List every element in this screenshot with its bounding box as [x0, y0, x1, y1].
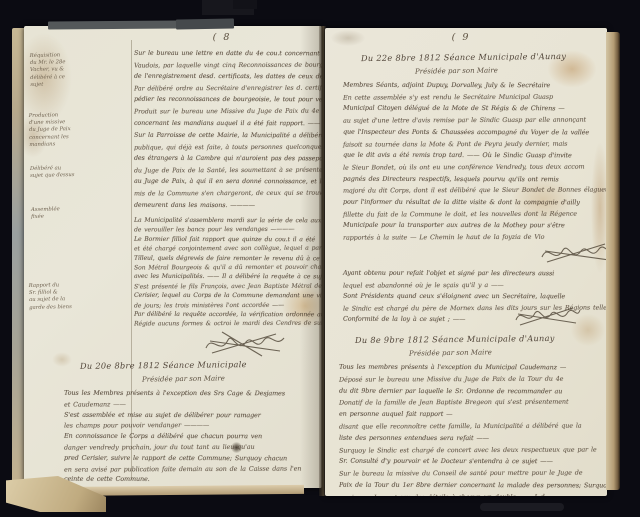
handwritten-line: ceinte de cette Commune. — [64, 474, 316, 485]
handwritten-line: Vaudois, par laquelle vingt cinq Reconno… — [134, 59, 322, 71]
manuscript-page-right: ( 9 Du 22e 8bre 1812 Séance Municipale d… — [325, 28, 607, 496]
page-number-left: ( 8 — [182, 32, 262, 43]
handwritten-line: de verouiller les bancs pour les vendang… — [134, 225, 322, 235]
handwritten-line: Paix de la Tour du 1er 8bre dernier conc… — [339, 480, 605, 492]
entry-date-heading: Du 20e 8bre 1812 Séance Municipale — [80, 359, 247, 371]
manuscript-paragraph: Sur le bureau une lettre en datte du 4e … — [134, 48, 322, 129]
handwritten-line: mis de la Commune s'en chargeront, de ce… — [134, 188, 322, 200]
handwritten-line: le Sieur Bondet, où ils ont eu une confé… — [343, 161, 607, 174]
handwritten-line: pédier les reconnoissances de bourgeoisi… — [134, 94, 322, 106]
handwritten-line: Sur le bureau une lettre en datte du 4e … — [134, 48, 322, 60]
margin-note: Délibéré ausujet que dessus — [30, 164, 122, 180]
handwritten-line: En connoissance le Corps a délibéré que … — [64, 431, 316, 442]
handwritten-line: que l'Inspecteur des Ponts & Chaussées a… — [343, 126, 607, 138]
paper-stain — [331, 30, 365, 46]
handwritten-line: disant que elle reconnoître cette famill… — [339, 420, 605, 433]
manuscript-paragraph: La Municipalité s'assemblera mardi sur l… — [134, 216, 322, 329]
handwritten-line: en personne auquel fait rapport — — [339, 409, 605, 421]
handwritten-line: sujet que dessus — [30, 171, 122, 180]
manuscript-paragraph: Membres Séants, adjoint Dupuy, Dorvalley… — [343, 80, 607, 244]
scan-backdrop-smudge — [480, 503, 564, 511]
handwritten-line: Sur la Parroisse de cette Mairie, la Mun… — [134, 130, 322, 142]
handwritten-line: des étrangers à la Cambre qui n'auroient… — [134, 153, 322, 165]
handwritten-line: pour l'informer du résultat de la ditte … — [343, 197, 607, 209]
handwritten-line: liste des personnes entendues sera refai… — [339, 432, 605, 444]
handwritten-line: de l'enregistrement desd. certificats, l… — [134, 71, 322, 83]
gutter-shadow — [300, 26, 320, 488]
handwritten-line: danger vendredy prochain, jour du tout t… — [64, 441, 316, 453]
entry-presided-line: Présidée par son Maire — [142, 374, 225, 383]
handwritten-line: Sur le bureau la missive du Conseil de s… — [339, 468, 605, 481]
margin-note: Assembléefixée — [31, 205, 123, 221]
handwritten-line: Ayant obtenu pour refait l'objet et sign… — [343, 268, 607, 280]
handwritten-line: pred Cerisier, suivre le rapport de cett… — [64, 452, 316, 463]
signature-flourish — [513, 304, 583, 334]
manuscript-paragraph: Sur la Parroisse de cette Mairie, la Mun… — [134, 130, 322, 211]
handwritten-line: Produit sur le bureau une Missive du Jug… — [134, 106, 322, 118]
margin-note: Rapport duSr. filliol &au sujet de lagar… — [29, 281, 122, 312]
signature-flourish — [202, 330, 290, 362]
binding-tape — [48, 21, 178, 30]
handwritten-line: Tous les membres présents à l'exception … — [339, 362, 605, 374]
handwritten-line: Sont Présidents quand ceux s'éloignent a… — [343, 291, 607, 303]
handwritten-line: Municipal Citoyen délégué de la Mote de … — [343, 103, 607, 115]
handwritten-line: au Juge de Paix, à qui il en sera donné … — [134, 176, 322, 188]
binding-tape — [176, 18, 234, 29]
manuscript-paragraph: Tous les Membres présents à l'exception … — [64, 388, 316, 485]
scan-backdrop-smudge — [233, 0, 257, 9]
entry-date-heading: Du 22e 8bre 1812 Séance Municipale d'Aun… — [361, 51, 566, 63]
handwritten-line: au sujet d'une lettre d'avis remise par … — [343, 115, 607, 128]
handwritten-line: et Caudemanz —— — [64, 398, 316, 410]
handwritten-line: concernant les mandians auquel il a été … — [134, 117, 322, 129]
handwritten-line: Déposé sur le bureau une Missive du Juge… — [339, 373, 605, 386]
page-number-right: ( 9 — [421, 32, 501, 43]
scanned-register-spread: ( 8 Réquisitiondu Mr. le 28eVacher, vu &… — [0, 0, 640, 517]
handwritten-line: Membres Séants, adjoint Dupuy, Dorvalley… — [343, 80, 607, 92]
margin-note: Réquisitiondu Mr. le 28eVacher, vu &déli… — [30, 51, 123, 89]
handwritten-line: majoré du dit Corps, dont il est délibér… — [343, 185, 607, 198]
handwritten-line: et été chargé conjointement avec son col… — [134, 244, 322, 254]
handwritten-line: mandians — [29, 140, 121, 149]
entry-presided-line: Présidée par son Maire — [415, 66, 498, 75]
handwritten-line: que le dit avis a été remis trop tard. —… — [343, 150, 607, 162]
entry-date-heading: Du 8e 9bre 1812 Séance Municipale d'Auna… — [355, 333, 555, 345]
handwritten-line: Régide aucuns formes & octroi le mardi d… — [134, 319, 322, 329]
handwritten-line: demeurent dans les maisons. ———— — [134, 199, 322, 211]
entry-presided-line: Présidée par son Maire — [409, 348, 492, 357]
handwritten-line: Cerisier, lequel au Corps de la Commune … — [134, 291, 322, 301]
manuscript-paragraph: Tous les membres présents à l'exception … — [339, 362, 605, 496]
handwritten-line: remis aux Inspecteurs des détails à chac… — [339, 491, 605, 496]
manuscript-page-left: ( 8 Réquisitiondu Mr. le 28eVacher, vu &… — [24, 26, 322, 488]
handwritten-line: publique, qui déjà est faite, à touts pe… — [134, 141, 322, 153]
handwritten-line: garde des biens — [29, 303, 121, 312]
paper-stain — [52, 352, 72, 367]
handwritten-line: Tous les Membres présents à l'exception … — [64, 388, 316, 399]
margin-note: Productiond'une missivedu Juge de Paixco… — [29, 111, 122, 149]
book-edge-right — [606, 32, 620, 490]
handwritten-line: avec les Municipalités. —— Il a délibéré… — [134, 272, 322, 282]
